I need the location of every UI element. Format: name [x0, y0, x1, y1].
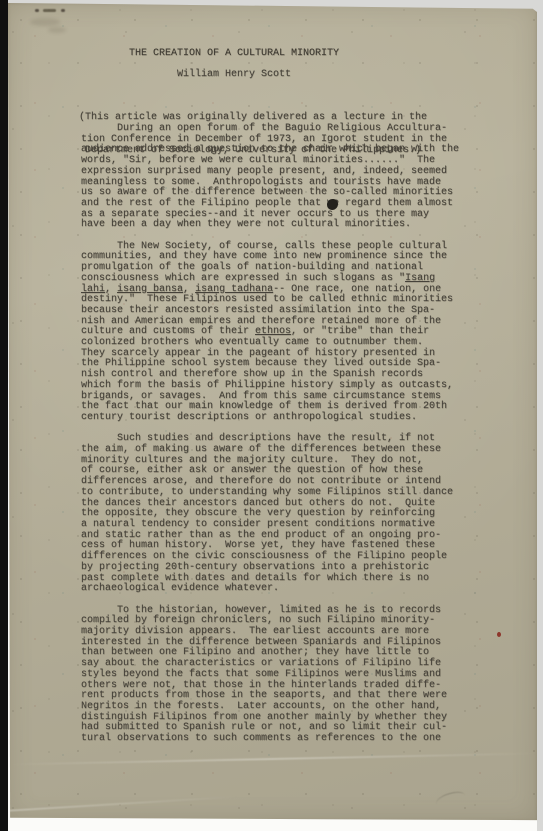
staple-mark — [43, 9, 56, 12]
paper-sheet: THE CREATION OF A CULTURAL MINORITY Will… — [8, 3, 537, 821]
scan-left-edge — [0, 0, 8, 831]
paper-crease — [0, 796, 238, 813]
paper-crease — [8, 752, 537, 765]
text-line: expression surprised many people present… — [81, 167, 459, 178]
text-line: which form the basis of Philippine histo… — [81, 381, 459, 392]
text-line: styles beyond the facts that some Filipi… — [81, 670, 459, 681]
scanned-document-page: THE CREATION OF A CULTURAL MINORITY Will… — [0, 0, 543, 831]
text-line: have been a day when they were not cultu… — [81, 220, 459, 231]
document-author: William Henry Scott — [177, 70, 291, 81]
staple-mark — [61, 9, 65, 12]
text-line: by projecting 20th-century observations … — [81, 563, 459, 574]
smudge-mark — [30, 18, 60, 26]
pencil-squiggle — [435, 790, 468, 812]
smudge-mark — [48, 27, 66, 33]
document-title: THE CREATION OF A CULTURAL MINORITY — [129, 49, 339, 60]
document-body: During an open forum of the Baguio Relig… — [81, 124, 459, 745]
text-line: tural observations to such comments as r… — [81, 734, 459, 745]
text-line: archaeological evidence whatever. — [81, 584, 459, 595]
scan-right-edge — [537, 0, 543, 831]
text-line: century tourist descriptions or anthropo… — [81, 413, 459, 424]
red-speck — [497, 632, 501, 637]
staple-mark — [35, 9, 39, 12]
text-line: to contribute, to understanding why some… — [81, 488, 459, 499]
